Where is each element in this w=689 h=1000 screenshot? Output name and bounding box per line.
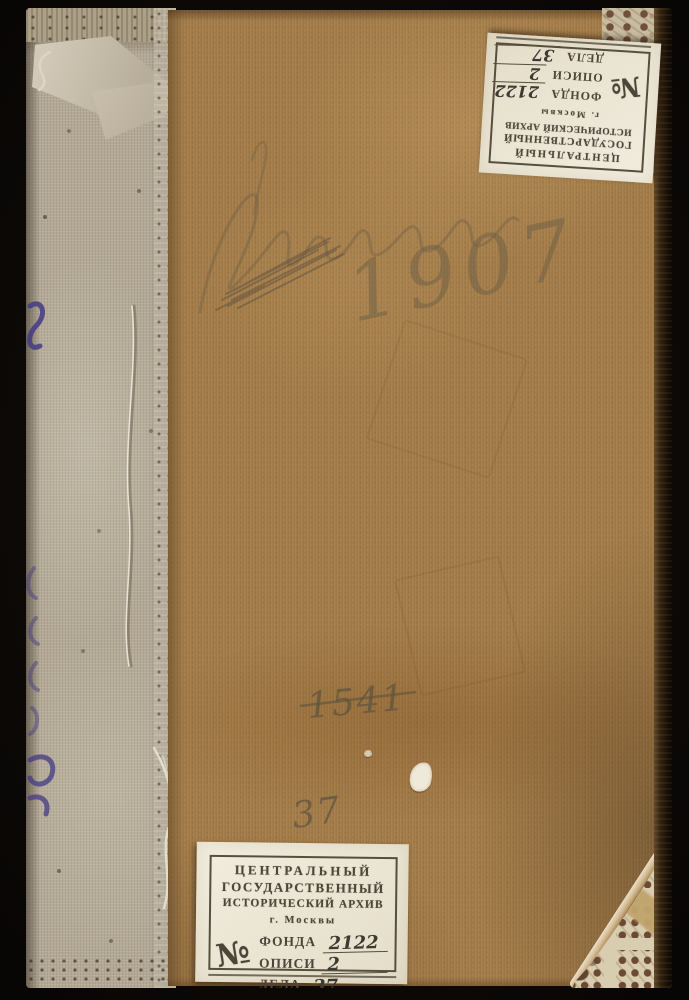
book-page-edge (654, 8, 672, 988)
loose-thread (39, 52, 175, 908)
number-sign: № (214, 937, 256, 988)
cloth-spine (26, 8, 176, 988)
archive-label-top: ЦЕНТРАЛЬНЫЙ ГОСУДАРСТВЕННЫЙ ИСТОРИЧЕСКИЙ… (479, 33, 661, 184)
field-row-opis: ОПИСИ 2 (259, 953, 388, 974)
handwritten-opis-number: 2 (493, 63, 546, 80)
field-label: ДЕЛА (259, 975, 301, 988)
spine-details (26, 8, 176, 988)
field-label: ОПИСИ (551, 66, 603, 86)
handwritten-delo-number: 37 (494, 45, 560, 62)
number-sign: № (607, 50, 642, 101)
label-fields: № ФОНДА 2122 ОПИСИ 2 ДЕЛА 37 (501, 44, 641, 107)
handwritten-fond-number: 2122 (322, 935, 388, 954)
institution-line: г. Москвы (218, 913, 388, 929)
field-row-delo: ДЕЛА 37 (259, 975, 388, 988)
institution-line: ИСТОРИЧЕСКИЙ АРХИВ (218, 896, 388, 913)
handwritten-delo-number: 37 (307, 977, 388, 988)
label-border-box: ЦЕНТРАЛЬНЫЙ ГОСУДАРСТВЕННЫЙ ИСТОРИЧЕСКИЙ… (208, 855, 397, 972)
pencil-case-number: 37 (290, 789, 345, 837)
book-cover: 1907 1541 37 ЦЕНТРАЛЬНЫЙ ГОСУДАРСТВЕННЫЙ… (26, 8, 672, 988)
handwritten-fond-number: 2122 (492, 82, 545, 99)
field-label: ОПИСИ (259, 953, 316, 973)
institution-line: ЦЕНТРАЛЬНЫЙ (218, 862, 388, 881)
field-label: ДЕЛА (566, 48, 605, 67)
paint-chip (364, 750, 372, 757)
photo-background: 1907 1541 37 ЦЕНТРАЛЬНЫЙ ГОСУДАРСТВЕННЫЙ… (0, 0, 689, 1000)
field-label: ФОНДА (550, 85, 602, 105)
handwritten-opis-number: 2 (322, 956, 388, 975)
label-border-box: ЦЕНТРАЛЬНЫЙ ГОСУДАРСТВЕННЫЙ ИСТОРИЧЕСКИЙ… (488, 42, 650, 172)
label-fields: № ФОНДА 2122 ОПИСИ 2 ДЕЛА 37 (217, 931, 388, 988)
archive-label-bottom: ЦЕНТРАЛЬНЫЙ ГОСУДАРСТВЕННЫЙ ИСТОРИЧЕСКИЙ… (195, 842, 409, 985)
spine-ink-marking (28, 304, 53, 814)
field-row-fond: ФОНДА 2122 (259, 932, 388, 953)
institution-line: ГОСУДАРСТВЕННЫЙ (218, 879, 388, 898)
field-label: ФОНДА (259, 932, 316, 952)
